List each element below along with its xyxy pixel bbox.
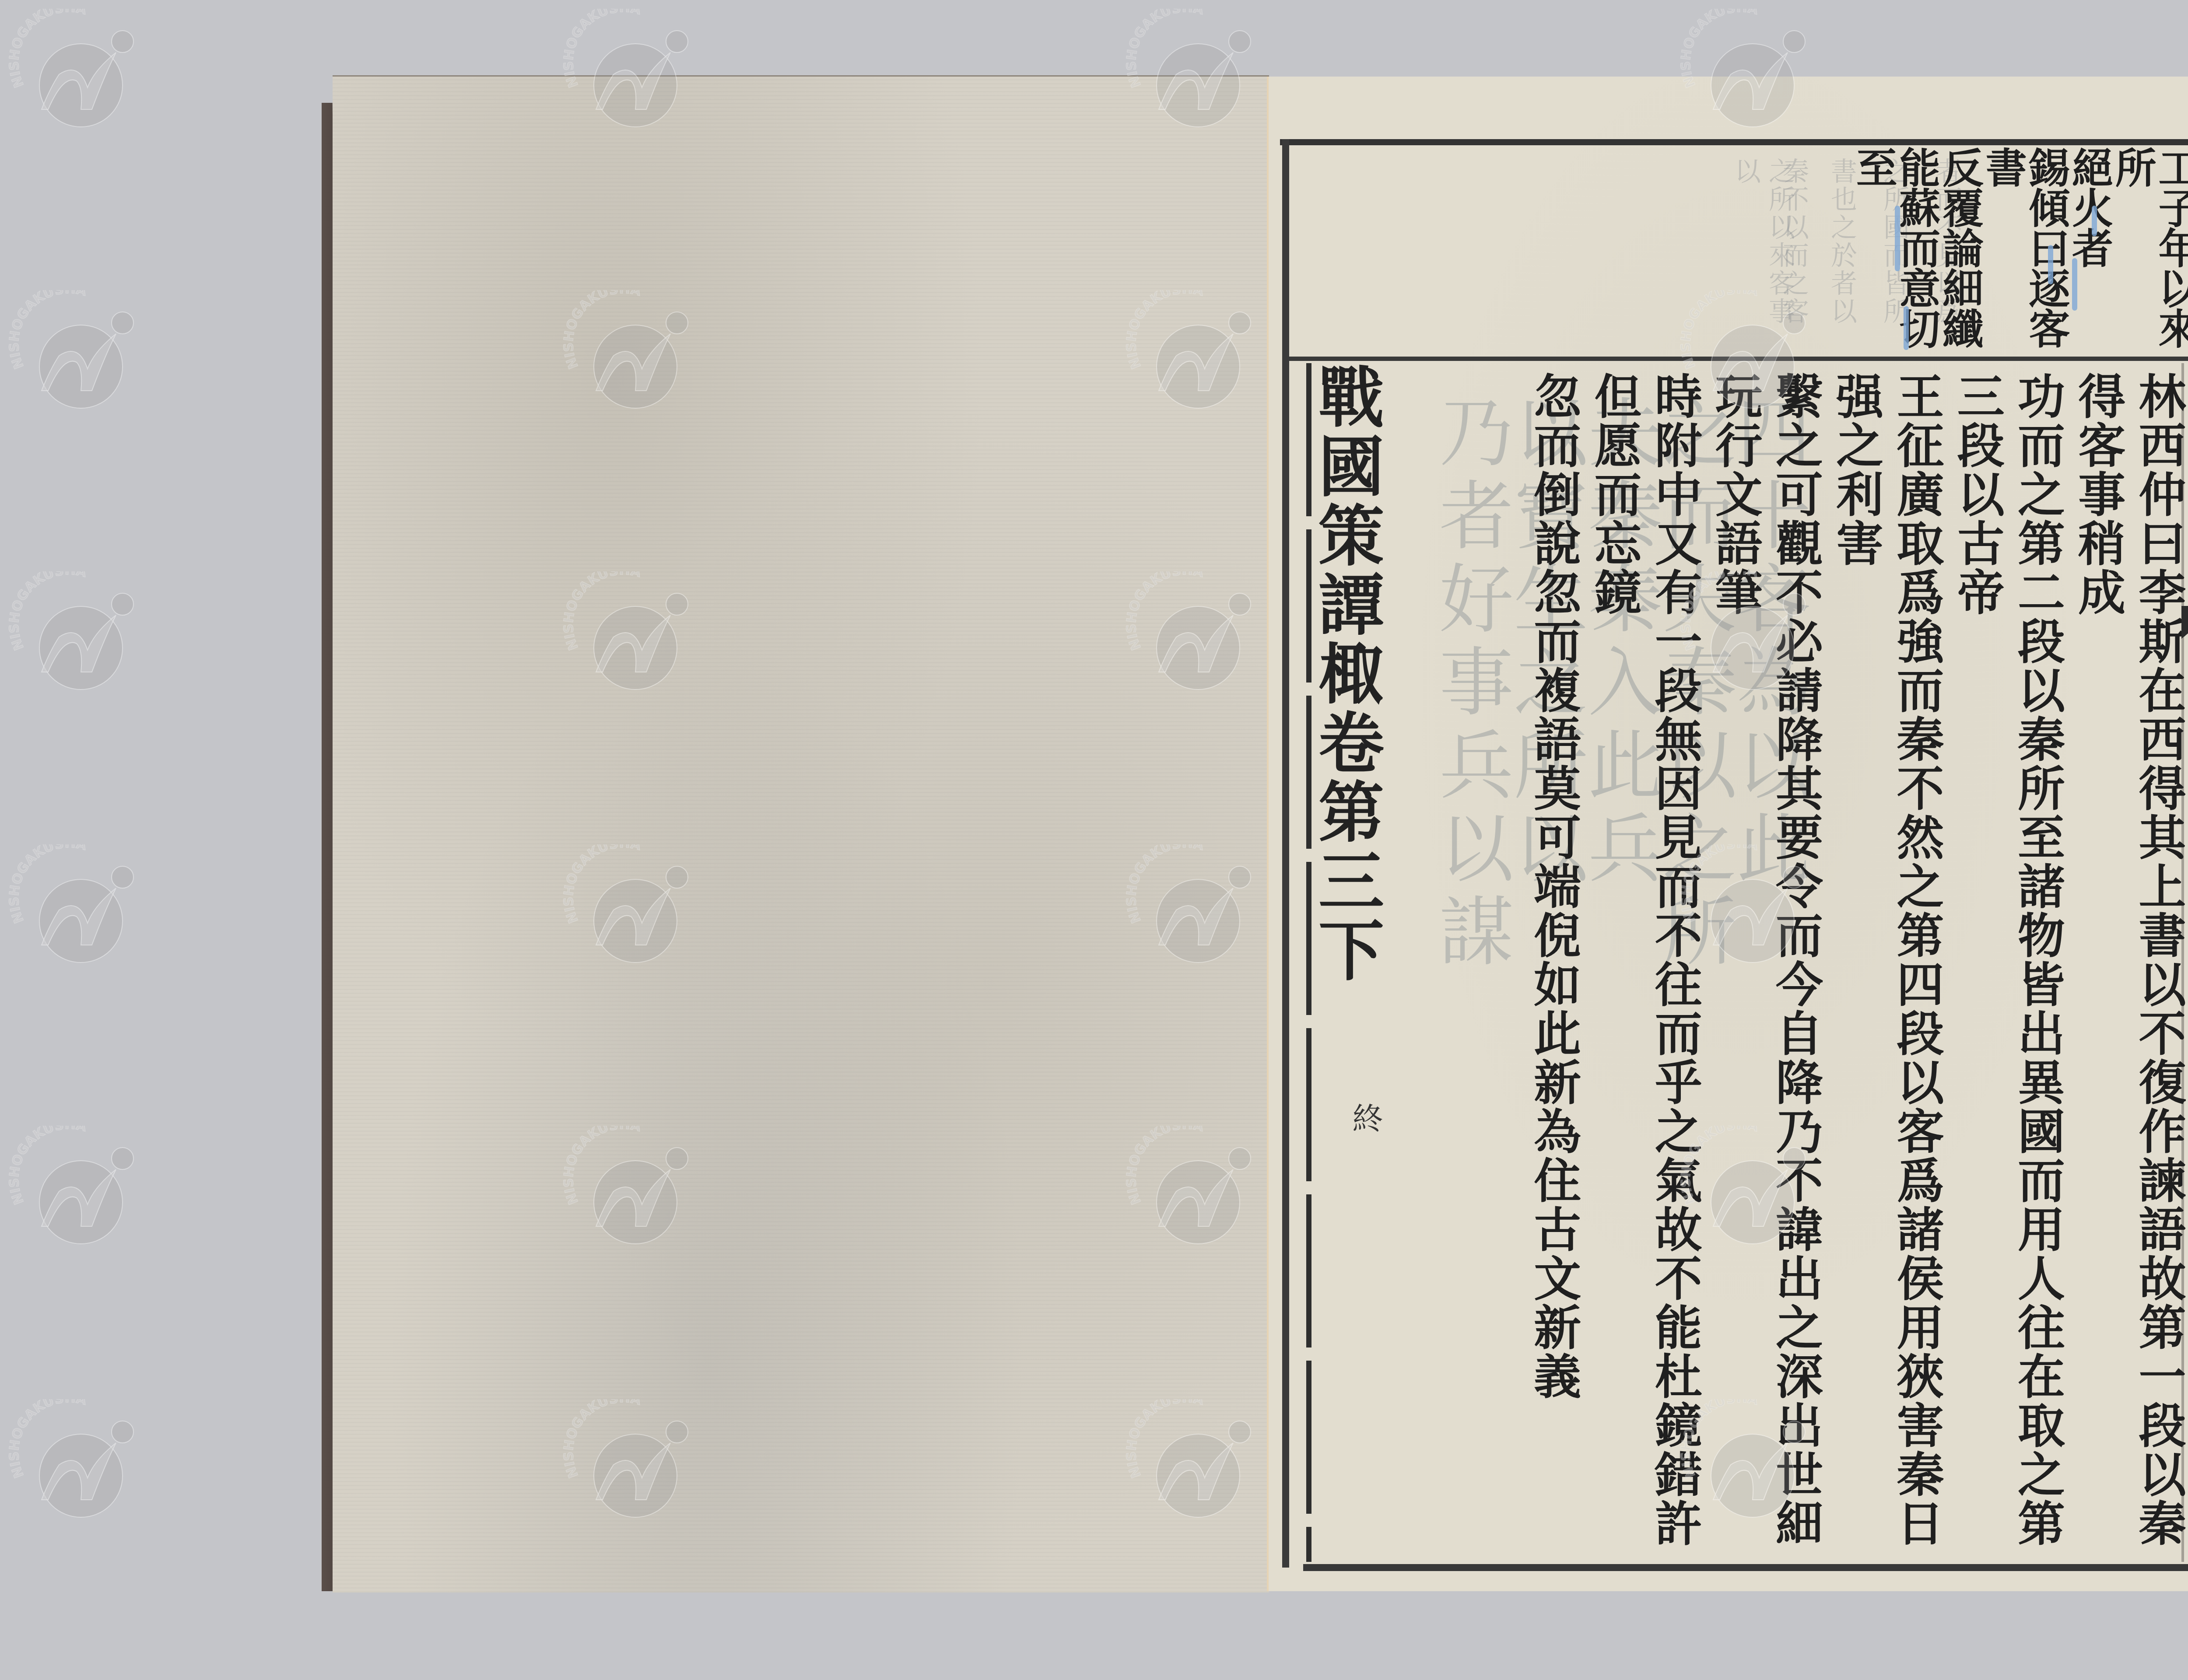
annotation-column: 林西仲曰李斯在西得其上書以不復作諫語故第一段以秦得客事稍成 — [2067, 372, 2188, 1562]
nishogakusha-watermark-icon: NISHOGAKUSHA — [7, 1399, 138, 1526]
nishogakusha-watermark-icon: NISHOGAKUSHA — [1678, 1399, 1809, 1526]
headnote-column: 錫傾曰逐客書 — [1981, 147, 2067, 352]
frame-bottom-rule — [1303, 1564, 2188, 1571]
annotation-column: 王征廣取爲強而秦不然之第四段以客爲諸侯用狹害秦日强之利害 — [1825, 372, 1946, 1562]
nishogakusha-watermark-icon: NISHOGAKUSHA — [1124, 1126, 1255, 1253]
blue-annotation-mark — [2048, 245, 2053, 284]
nishogakusha-watermark-icon: NISHOGAKUSHA — [7, 9, 138, 136]
nishogakusha-watermark-icon: NISHOGAKUSHA — [1124, 571, 1255, 698]
annotation-column: 功而之第二段以秦所至諸物皆出異國而用人往在取之第三段以古帝 — [1946, 372, 2067, 1562]
blue-annotation-mark — [1895, 206, 1900, 271]
nishogakusha-watermark-icon: NISHOGAKUSHA — [1678, 844, 1809, 971]
nishogakusha-watermark-icon: NISHOGAKUSHA — [1124, 844, 1255, 971]
headnote-column: 反覆論細纖 — [1938, 147, 1981, 352]
title-end-mark: 終 — [1343, 1102, 1388, 1133]
nishogakusha-watermark-icon: NISHOGAKUSHA — [1124, 290, 1255, 417]
nishogakusha-watermark-icon: NISHOGAKUSHA — [1678, 290, 1809, 417]
nishogakusha-watermark-icon: NISHOGAKUSHA — [1124, 1399, 1255, 1526]
nishogakusha-watermark-icon: NISHOGAKUSHA — [561, 1399, 692, 1526]
nishogakusha-watermark-icon: NISHOGAKUSHA — [561, 1126, 692, 1253]
blue-annotation-mark — [1904, 306, 1909, 350]
headnote-column: 絕火者 — [2067, 147, 2111, 352]
bleed-column: 乃者好事兵以謀 — [1427, 394, 1512, 1553]
nishogakusha-watermark-icon: NISHOGAKUSHA — [7, 844, 138, 971]
annotation-column: 忽而倒說忽而複語莫可端倪如此新為住古文新義 — [1522, 372, 1583, 1562]
volume-title: 戰國策譚棷卷第三下 — [1313, 363, 1378, 1107]
nishogakusha-watermark-icon: NISHOGAKUSHA — [7, 571, 138, 698]
nishogakusha-watermark-icon: NISHOGAKUSHA — [1124, 9, 1255, 136]
nishogakusha-watermark-icon: NISHOGAKUSHA — [561, 9, 692, 136]
nishogakusha-watermark-icon: NISHOGAKUSHA — [7, 1126, 138, 1253]
nishogakusha-watermark-icon: NISHOGAKUSHA — [1678, 9, 1809, 136]
blue-annotation-mark — [2092, 206, 2097, 236]
nishogakusha-watermark-icon: NISHOGAKUSHA — [1678, 1126, 1809, 1253]
headnote-column: 工子年以來所 — [2111, 147, 2188, 352]
nishogakusha-watermark-icon: NISHOGAKUSHA — [561, 571, 692, 698]
frame-top-rule — [1280, 139, 2188, 145]
nishogakusha-watermark-icon: NISHOGAKUSHA — [1678, 571, 1809, 698]
hanshin-page-number: 四十 — [2186, 1098, 2188, 1159]
blue-annotation-mark — [2072, 258, 2077, 311]
hanshin-book-title: 戰國策 — [2179, 367, 2188, 466]
handwritten-annotation: 林西仲曰李斯在西得其上書以不復作諫語故第一段以秦得客事稍成 功而之第二段以秦所至… — [1820, 372, 2188, 1562]
nishogakusha-watermark-icon: NISHOGAKUSHA — [7, 290, 138, 417]
nishogakusha-watermark-icon: NISHOGAKUSHA — [561, 290, 692, 417]
nishogakusha-watermark-icon: NISHOGAKUSHA — [561, 844, 692, 971]
frame-left-rule — [1282, 139, 1289, 1568]
headnote-text: 工子年以來所 絕火者 錫傾曰逐客書 反覆論細纖 能蘇而意切至 — [1987, 147, 2188, 352]
hanshin-volume: 卷之三 — [2181, 643, 2188, 745]
fishtail-mark-icon — [2181, 606, 2188, 639]
